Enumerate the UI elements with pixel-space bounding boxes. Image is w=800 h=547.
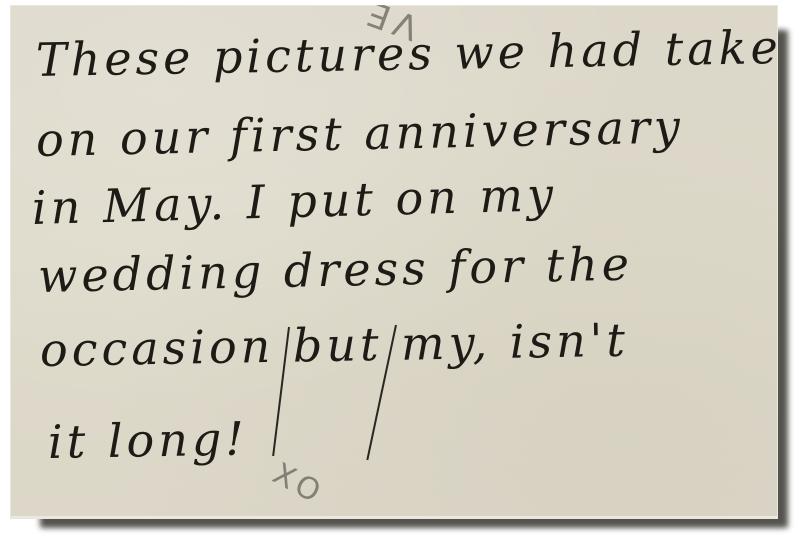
photo-frame: VE XO These pictures we had taken on our… (0, 0, 800, 547)
handwritten-text: These pictures we had taken on our first… (10, 5, 778, 519)
note-line-6: it long! (48, 416, 249, 465)
handwritten-note-paper: VE XO These pictures we had taken on our… (10, 5, 778, 519)
note-line-3: in May. I put on my (31, 171, 557, 231)
note-line-1: These pictures we had taken (36, 23, 778, 83)
note-line-2: on our first anniversary (36, 103, 685, 163)
note-line-4: wedding dress for the (38, 241, 634, 299)
note-line-5: occasion but my, isn't (40, 317, 630, 373)
